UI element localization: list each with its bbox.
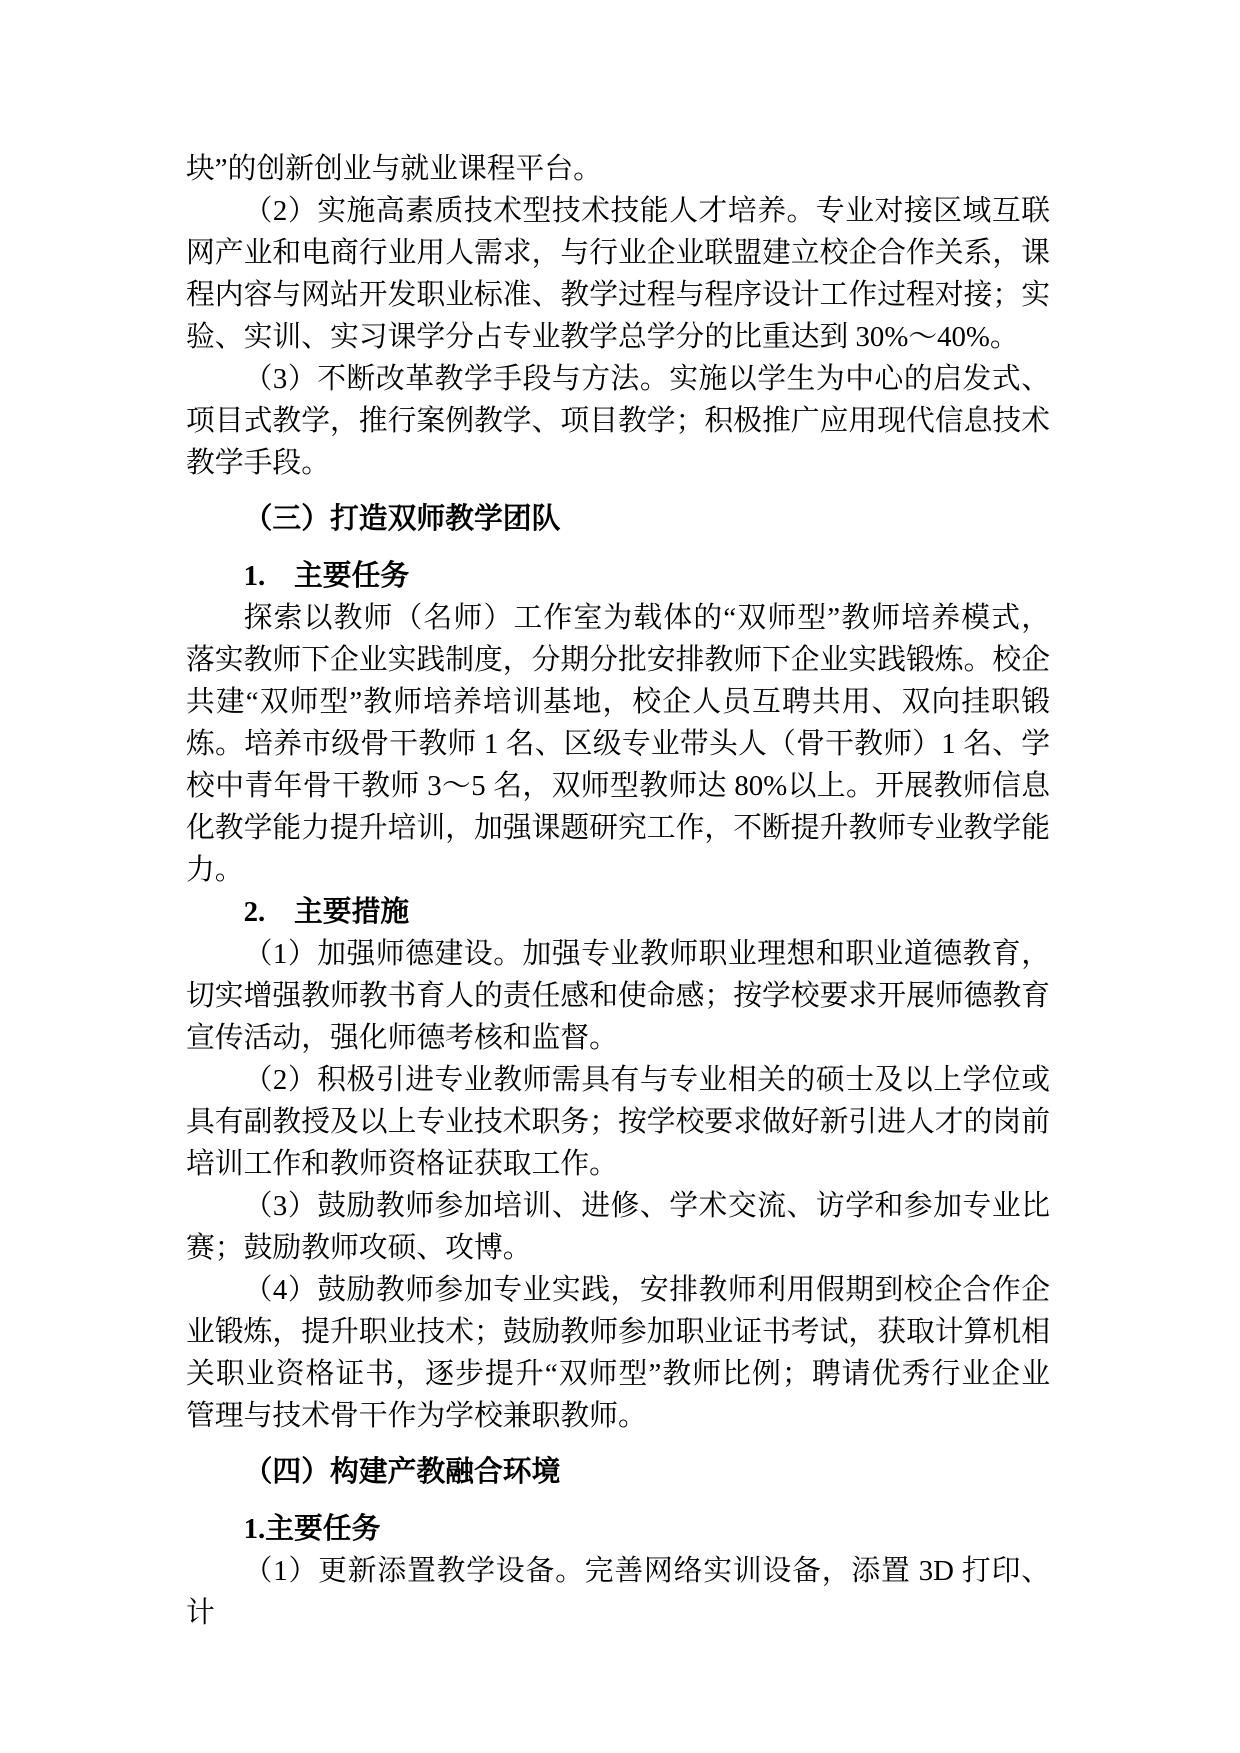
text-line: （三）打造双师教学团队: [186, 498, 1050, 540]
text-line: 业锻炼，提升职业技术；鼓励教师参加职业证书考试，获取计算机相: [186, 1311, 1050, 1353]
text-line: 切实增强教师教书育人的责任感和使命感；按学校要求开展师德教育: [186, 975, 1050, 1017]
text-line: 炼。培养市级骨干教师 1 名、区级专业带头人（骨干教师）1 名、学: [186, 723, 1050, 765]
text-line: 验、实训、实习课学分占专业教学总学分的比重达到 30%～40%。: [186, 316, 1050, 358]
text-line: 1.主要任务: [186, 1508, 1050, 1550]
text-line: 落实教师下企业实践制度，分期分批安排教师下企业实践锻炼。校企: [186, 639, 1050, 681]
text-line: 具有副教授及以上专业技术职务；按学校要求做好新引进人才的岗前: [186, 1101, 1050, 1143]
text-line: 块”的创新创业与就业课程平台。: [186, 148, 1050, 190]
paragraph: （1）更新添置教学设备。完善网络实训设备，添置 3D 打印、计: [186, 1550, 1050, 1592]
text-line: 探索以教师（名师）工作室为载体的“双师型”教师培养模式，: [186, 597, 1050, 639]
text-line: （1）加强师德建设。加强专业教师职业理想和职业道德教育，: [186, 933, 1050, 975]
text-line: 教学手段。: [186, 442, 1050, 484]
text-line: （4）鼓励教师参加专业实践，安排教师利用假期到校企合作企: [186, 1269, 1050, 1311]
text-line: 化教学能力提升培训，加强课题研究工作，不断提升教师专业教学能: [186, 807, 1050, 849]
paragraph: 块”的创新创业与就业课程平台。: [186, 148, 1050, 190]
text-line: 程内容与网站开发职业标准、教学过程与程序设计工作过程对接；实: [186, 274, 1050, 316]
text-line: 培训工作和教师资格证获取工作。: [186, 1143, 1050, 1185]
text-line: 宣传活动，强化师德考核和监督。: [186, 1017, 1050, 1059]
text-line: 管理与技术骨干作为学校兼职教师。: [186, 1395, 1050, 1437]
text-line: 网产业和电商行业用人需求，与行业企业联盟建立校企合作关系，课: [186, 232, 1050, 274]
paragraph: （3）鼓励教师参加培训、进修、学术交流、访学和参加专业比赛；鼓励教师攻硕、攻博。: [186, 1185, 1050, 1269]
text-line: （四）构建产教融合环境: [186, 1451, 1050, 1493]
text-line: 共建“双师型”教师培养培训基地，校企人员互聘共用、双向挂职锻: [186, 681, 1050, 723]
text-line: 力。: [186, 849, 1050, 891]
paragraph: （3）不断改革教学手段与方法。实施以学生为中心的启发式、项目式教学，推行案例教学…: [186, 358, 1050, 484]
paragraph: （4）鼓励教师参加专业实践，安排教师利用假期到校企合作企业锻炼，提升职业技术；鼓…: [186, 1269, 1050, 1437]
paragraph: （2）实施高素质技术型技术技能人才培养。专业对接区域互联网产业和电商行业用人需求…: [186, 190, 1050, 358]
text-line: （2）实施高素质技术型技术技能人才培养。专业对接区域互联: [186, 190, 1050, 232]
text-line: 赛；鼓励教师攻硕、攻博。: [186, 1227, 1050, 1269]
text-line: （3）鼓励教师参加培训、进修、学术交流、访学和参加专业比: [186, 1185, 1050, 1227]
text-line: 2. 主要措施: [186, 891, 1050, 933]
text-line: （2）积极引进专业教师需具有与专业相关的硕士及以上学位或: [186, 1059, 1050, 1101]
sub-heading: 2. 主要措施: [186, 891, 1050, 933]
sub-heading: 1.主要任务: [186, 1508, 1050, 1550]
text-line: 校中青年骨干教师 3～5 名，双师型教师达 80%以上。开展教师信息: [186, 765, 1050, 807]
text-line: 关职业资格证书，逐步提升“双师型”教师比例；聘请优秀行业企业: [186, 1353, 1050, 1395]
paragraph: 探索以教师（名师）工作室为载体的“双师型”教师培养模式，落实教师下企业实践制度，…: [186, 597, 1050, 891]
paragraph: （2）积极引进专业教师需具有与专业相关的硕士及以上学位或具有副教授及以上专业技术…: [186, 1059, 1050, 1185]
text-line: （3）不断改革教学手段与方法。实施以学生为中心的启发式、: [186, 358, 1050, 400]
section-heading: （三）打造双师教学团队: [186, 498, 1050, 540]
paragraph: （1）加强师德建设。加强专业教师职业理想和职业道德教育，切实增强教师教书育人的责…: [186, 933, 1050, 1059]
text-line: 1. 主要任务: [186, 555, 1050, 597]
sub-heading: 1. 主要任务: [186, 555, 1050, 597]
section-heading: （四）构建产教融合环境: [186, 1451, 1050, 1493]
text-line: （1）更新添置教学设备。完善网络实训设备，添置 3D 打印、计: [186, 1550, 1050, 1592]
text-line: 项目式教学，推行案例教学、项目教学；积极推广应用现代信息技术: [186, 400, 1050, 442]
document-page: 块”的创新创业与就业课程平台。（2）实施高素质技术型技术技能人才培养。专业对接区…: [0, 0, 1240, 1753]
